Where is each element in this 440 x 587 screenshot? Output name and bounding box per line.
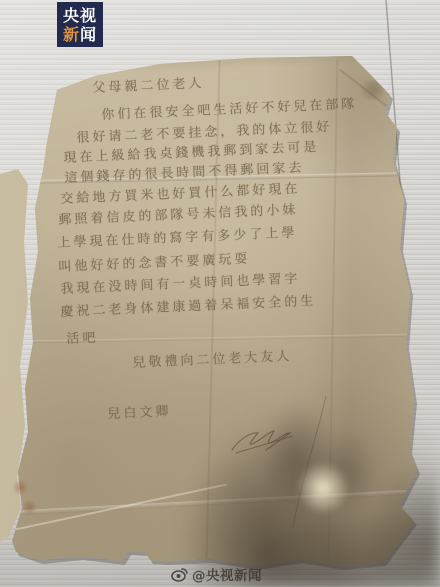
- cctv-news-logo: 央视 新闻: [57, 2, 103, 47]
- letter-title: 父母親二位老人: [92, 72, 205, 96]
- weibo-camera-icon: [171, 567, 188, 582]
- signature-scribble: [232, 431, 290, 450]
- letter-paper: 父母親二位老人 你们在很安全吧生活好不好兒在部隊 很好请二老不要挂念，我的体立很…: [0, 0, 440, 587]
- news-photo: 父母親二位老人 你们在很安全吧生活好不好兒在部隊 很好请二老不要挂念，我的体立很…: [0, 0, 440, 587]
- watermark: @央视新闻: [171, 564, 262, 584]
- signature-underline: [236, 436, 292, 453]
- logo-accent-char: 新: [63, 25, 80, 44]
- watermark-text: @央视新闻: [192, 564, 262, 584]
- letter-signature: 兒白文卿: [107, 400, 172, 422]
- crease-line: [10, 489, 420, 515]
- crease-line: [0, 484, 227, 535]
- long-crease-stroke: [293, 396, 326, 527]
- letter-line: 活吧: [66, 327, 99, 347]
- crease-line: [328, 60, 339, 560]
- logo-text-line2: 新闻: [63, 25, 97, 44]
- letter-closing: 兒敬禮向二位老大友人: [132, 345, 293, 371]
- logo-rest-char: 闻: [80, 25, 97, 44]
- logo-text-line1: 央视: [63, 6, 97, 25]
